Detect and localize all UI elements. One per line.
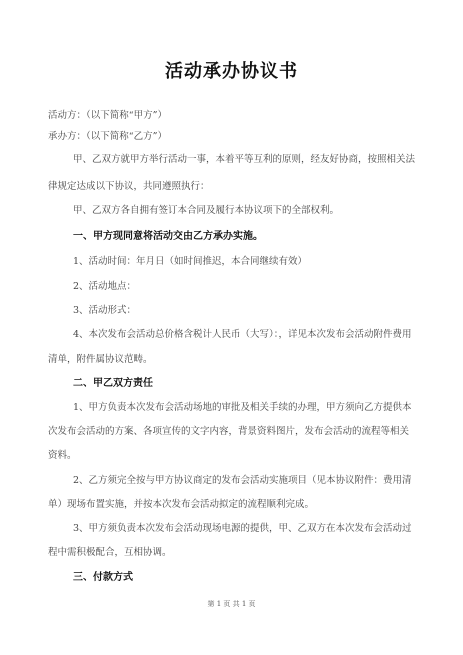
paragraph-line: 活动方：（以下简称“甲方”） bbox=[48, 110, 418, 122]
paragraph-line: 次发布会活动的方案、各项宣传的文字内容，背景资料图片，发布会活动的流程等相关 bbox=[48, 426, 418, 438]
paragraph-line: 甲、乙双方就甲方举行活动一事，本着平等互利的原则，经友好协商，按照相关法 bbox=[73, 154, 443, 166]
paragraph-line: 1、活动时间：年月日（如时间推迟，本合同继续有效） bbox=[73, 256, 443, 268]
paragraph-line: 4、本次发布会活动总价格含税计人民币（大写）：，详见本次发布会活动附件费用 bbox=[73, 329, 443, 341]
document-title: 活动承办协议书 bbox=[0, 57, 463, 83]
paragraph-line: 资料。 bbox=[48, 450, 418, 462]
paragraph-line: 1、甲方负责本次发布会活动场地的审批及相关手续的办理，甲方须向乙方提供本 bbox=[73, 402, 443, 414]
paragraph-line: 程中需积极配合，互相协调。 bbox=[48, 547, 418, 559]
paragraph-line: 律规定达成以下协议，共同遵照执行： bbox=[48, 181, 418, 193]
section-heading: 二、甲乙双方责任 bbox=[73, 378, 443, 390]
section-heading: 三、付款方式 bbox=[73, 572, 443, 584]
paragraph-line: 清单，附件属协议范畴。 bbox=[48, 354, 418, 366]
paragraph-line: 承办方：（以下简称“乙方”） bbox=[48, 131, 418, 143]
paragraph-line: 2、乙方须完全按与甲方协议商定的发布会活动实施项目（见本协议附件：费用清 bbox=[73, 475, 443, 487]
paragraph-line: 2、活动地点： bbox=[73, 281, 443, 293]
paragraph-line: 3、甲方须负责本次发布会活动现场电源的提供，甲、乙双方在本次发布会活动过 bbox=[73, 523, 443, 535]
paragraph-line: 甲、乙双方各自拥有签订本合同及履行本协议项下的全部权利。 bbox=[73, 205, 443, 217]
section-heading: 一、甲方现同意将活动交由乙方承办实施。 bbox=[73, 231, 443, 243]
page-footer: 第 1 页 共 1 页 bbox=[0, 599, 463, 609]
paragraph-line: 单）现场布置实施，并按本次发布会活动拟定的流程顺利完成。 bbox=[48, 499, 418, 511]
paragraph-line: 3、活动形式： bbox=[73, 305, 443, 317]
